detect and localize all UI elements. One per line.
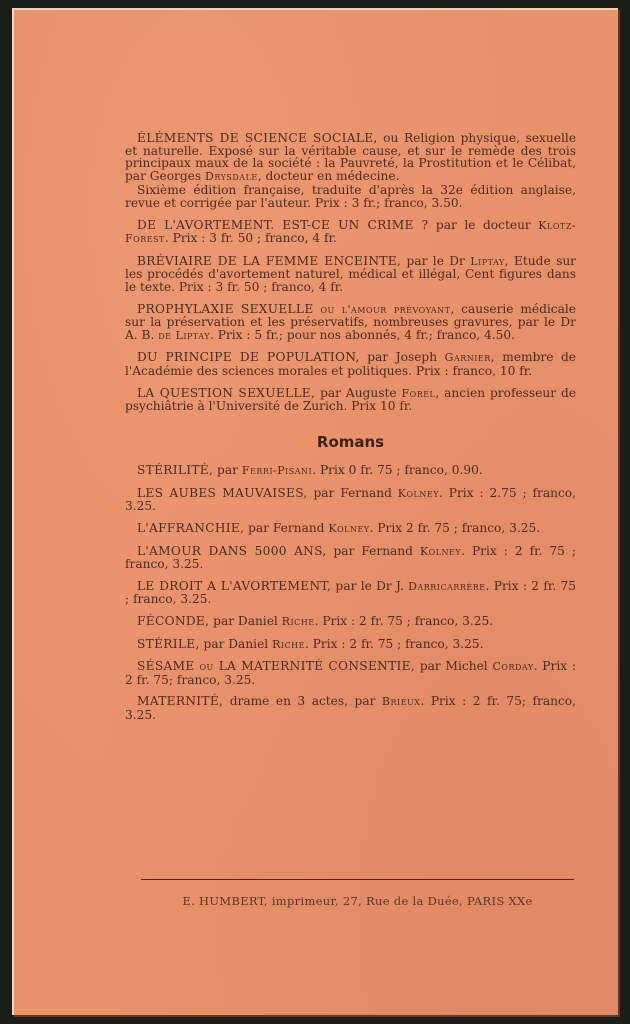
entry-body: par le docteur	[428, 218, 538, 232]
entry-title: STÉRILITÉ,	[137, 463, 213, 477]
novel-entry: L'AMOUR DANS 5000 ANS, par Fernand Kolne…	[125, 545, 576, 571]
entry-body: par	[213, 463, 242, 477]
entry-author: Brieux	[382, 695, 421, 708]
entry-body: drame en 3 actes, par	[223, 694, 382, 708]
entry-subtitle: ou l'amour prévoyant	[314, 303, 451, 316]
book-back-cover-page: ÉLÉMENTS DE SCIENCE SOCIALE, ou Religion…	[12, 8, 618, 1015]
entry-title: L'AMOUR DANS 5000 ANS,	[137, 544, 327, 558]
catalog-entry: ÉLÉMENTS DE SCIENCE SOCIALE, ou Religion…	[125, 132, 576, 210]
entry-tail: , docteur en médecine.	[258, 169, 400, 183]
novel-entry: LES AUBES MAUVAISES, par Fernand Kolney.…	[125, 487, 576, 513]
entry-body: par Fernand	[244, 521, 328, 535]
entry-tail: . Prix : 2 fr. 75 ; franco, 3.25.	[305, 637, 484, 651]
entry-title: LES AUBES MAUVAISES,	[137, 486, 308, 500]
entry-body: par le Dr	[401, 254, 470, 268]
entry-title-alt: LA MATERNITÉ CONSENTIE,	[219, 659, 415, 673]
entry-title: DE L'AVORTEMENT. EST-CE UN CRIME ?	[137, 218, 428, 232]
entry-title: FÉCONDE,	[137, 614, 209, 628]
entry-title: STÉRILE,	[137, 637, 200, 651]
entry-tail: . Prix 0 fr. 75 ; franco, 0.90.	[312, 463, 483, 477]
entry-body: par Joseph	[360, 350, 445, 364]
entry-tail: . Prix 2 fr. 75 ; franco, 3.25.	[370, 521, 541, 535]
novel-entry: STÉRILE, par Daniel Riche. Prix : 2 fr. …	[125, 638, 576, 652]
catalog-entry: DU PRINCIPE DE POPULATION, par Joseph Ga…	[125, 351, 576, 377]
entry-author: Kolney	[420, 545, 461, 558]
footer-divider	[141, 879, 574, 880]
entry-author: de Liptay	[158, 329, 210, 342]
entry-title: DU PRINCIPE DE POPULATION,	[137, 350, 360, 364]
entry-title: BRÉVIAIRE DE LA FEMME ENCEINTE,	[137, 254, 401, 268]
novel-entry: SÉSAME ou LA MATERNITÉ CONSENTIE, par Mi…	[125, 660, 576, 686]
entry-tail: . Prix : 5 fr.; pour nos abonnés, 4 fr.;…	[210, 328, 515, 342]
entry-conjunction: ou	[195, 660, 219, 673]
catalog-entry: PROPHYLAXIE SEXUELLE ou l'amour prévoyan…	[125, 303, 576, 343]
entry-body: par Daniel	[200, 637, 272, 651]
catalog-entry: BRÉVIAIRE DE LA FEMME ENCEINTE, par le D…	[125, 255, 576, 294]
entry-author: Riche	[272, 638, 305, 651]
catalog-entry: DE L'AVORTEMENT. EST-CE UN CRIME ? par l…	[125, 219, 576, 246]
novel-entry: STÉRILITÉ, par Ferri-Pisani. Prix 0 fr. …	[125, 464, 576, 478]
printer-imprint: E. HUMBERT, imprimeur, 27, Rue de la Dué…	[141, 894, 574, 908]
romans-list: STÉRILITÉ, par Ferri-Pisani. Prix 0 fr. …	[125, 464, 576, 721]
entry-author: Riche	[282, 615, 315, 628]
entry-body: par Fernand	[308, 486, 398, 500]
entry-body: par Auguste	[315, 386, 401, 400]
catalog-entry: LA QUESTION SEXUELLE, par Auguste Forel,…	[125, 387, 576, 413]
entry-author: Kolney	[398, 487, 439, 500]
entry-author: Garnier	[445, 351, 491, 364]
entry-title: LA QUESTION SEXUELLE,	[137, 386, 315, 400]
entry-author: Kolney	[328, 522, 369, 535]
novel-entry: FÉCONDE, par Daniel Riche. Prix : 2 fr. …	[125, 615, 576, 629]
entry-body: par le Dr J.	[331, 579, 408, 593]
entry-body: par Fernand	[327, 544, 420, 558]
entry-title: L'AFFRANCHIE,	[137, 521, 244, 535]
section-heading-romans: Romans	[125, 436, 576, 449]
entry-author: Forel	[402, 387, 436, 400]
entry-tail: . Prix : 2 fr. 75 ; franco, 3.25.	[315, 614, 494, 628]
entry-body: par Daniel	[209, 614, 281, 628]
novel-entry: L'AFFRANCHIE, par Fernand Kolney. Prix 2…	[125, 522, 576, 536]
catalog-text: ÉLÉMENTS DE SCIENCE SOCIALE, ou Religion…	[125, 132, 576, 731]
novel-entry: LE DROIT A L'AVORTEMENT, par le Dr J. Da…	[125, 580, 576, 606]
entry-tail: . Prix : 3 fr. 50 ; franco, 4 fr.	[165, 231, 337, 245]
entry-title: MATERNITÉ,	[137, 694, 223, 708]
entry-author: Ferri-Pisani	[242, 464, 312, 477]
entry-title: SÉSAME	[137, 659, 195, 673]
entry-author: Liptay	[470, 255, 504, 268]
entry-author: Darricarrère	[408, 580, 485, 593]
entry-body: par Michel	[415, 659, 492, 673]
entry-author: Corday	[492, 660, 533, 673]
entry-title: PROPHYLAXIE SEXUELLE	[137, 302, 314, 316]
entry-title: LE DROIT A L'AVORTEMENT,	[137, 579, 331, 593]
entry-author: Drysdale	[205, 170, 258, 183]
novel-entry: MATERNITÉ, drame en 3 actes, par Brieux.…	[125, 695, 576, 721]
entry-edition-note: Sixième édition française, traduite d'ap…	[125, 184, 576, 209]
